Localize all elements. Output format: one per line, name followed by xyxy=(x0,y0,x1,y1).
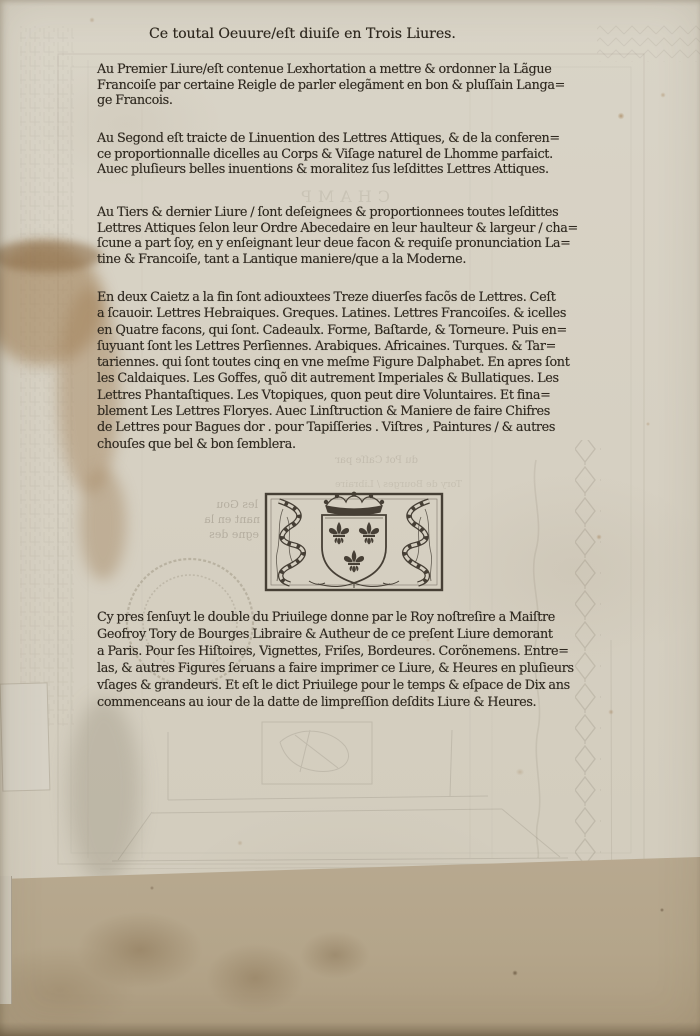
shield-icon xyxy=(322,515,386,583)
page-title: Ce toutal Oeuure/eſt diuiſe en Trois Liu… xyxy=(149,26,456,42)
ribbon-icon xyxy=(276,501,303,584)
fleur-de-lis-icon xyxy=(344,550,364,573)
bottom-shadow xyxy=(0,1022,700,1036)
paragraph-treize-facons: En deux Caietz a la fin ſont adiouxtees … xyxy=(97,290,617,453)
ribbon-icon xyxy=(405,501,432,584)
showthrough-text: CHAMP xyxy=(295,187,390,206)
showthrough-top-meander xyxy=(597,24,700,62)
showthrough-text: les Gou xyxy=(216,498,258,511)
stain xyxy=(68,698,140,883)
paragraph-tiers-livre: Au Tiers & dernier Liure / ſont deſeigne… xyxy=(97,205,617,268)
paragraph-premier-livre: Au Premier Liure/eſt contenue Lexhortati… xyxy=(97,62,617,109)
crown-icon xyxy=(324,492,383,515)
royal-arms-woodcut xyxy=(263,491,445,593)
showthrough-pedestal xyxy=(100,722,582,869)
repair-patch xyxy=(0,682,50,791)
showthrough-text: nant en la xyxy=(204,513,260,526)
paragraph-privilege: Cy pres ſenſuyt le double du Priuilege d… xyxy=(97,610,617,711)
fleur-de-lis-icon xyxy=(359,522,379,545)
showthrough-text: du Pot Caſſe par xyxy=(335,455,418,466)
scanned-book-page: CHAMP les Gou nant en la egne des du Pot… xyxy=(0,0,700,1036)
fleur-de-lis-icon xyxy=(329,522,349,545)
foliage-flourish xyxy=(309,581,399,588)
page-edge-sliver xyxy=(0,876,12,1004)
exposed-backing-paper xyxy=(0,850,700,1036)
showthrough-text: egne des xyxy=(209,528,259,541)
showthrough-text: Tory de Bourges / Libraire xyxy=(335,479,462,490)
stain xyxy=(80,468,126,580)
paragraph-segond-livre: Au Segond eſt traicte de Linuention des … xyxy=(97,131,617,178)
